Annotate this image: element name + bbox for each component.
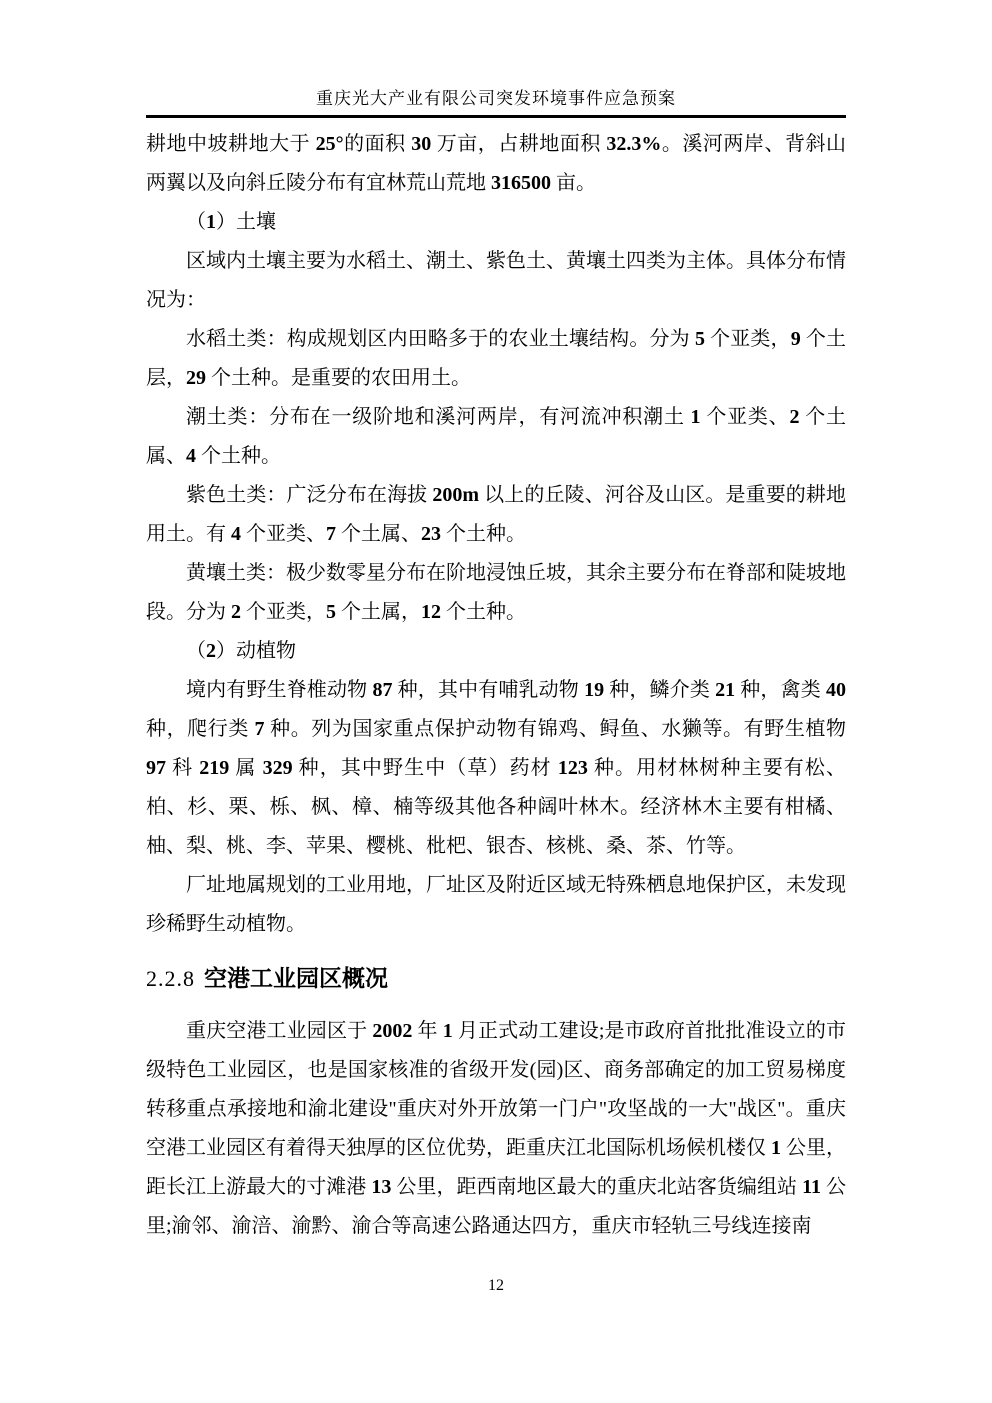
section-heading-title: 空港工业园区概况 (204, 965, 388, 991)
paragraph: 潮土类：分布在一级阶地和溪河两岸，有河流冲积潮土 1 个亚类、2 个土属、4 个… (146, 398, 846, 476)
page-number: 12 (488, 1277, 504, 1294)
header-title: 重庆光大产业有限公司突发环境事件应急预案 (316, 89, 676, 108)
paragraph: 紫色土类：广泛分布在海拔 200m 以上的丘陵、河谷及山区。是重要的耕地用土。有… (146, 476, 846, 554)
paragraph: （1）土壤 (146, 203, 846, 242)
section-heading: 2.2.8空港工业园区概况 (146, 962, 846, 995)
paragraph: 黄壤土类：极少数零星分布在阶地浸蚀丘坡，其余主要分布在脊部和陡坡地段。分为 2 … (146, 554, 846, 632)
document-body: 耕地中坡耕地大于 25°的面积 30 万亩，占耕地面积 32.3%。溪河两岸、背… (146, 125, 846, 1246)
paragraph: 耕地中坡耕地大于 25°的面积 30 万亩，占耕地面积 32.3%。溪河两岸、背… (146, 125, 846, 203)
section-heading-number: 2.2.8 (146, 966, 195, 991)
paragraph: 区域内土壤主要为水稻土、潮土、紫色土、黄壤土四类为主体。具体分布情况为： (146, 242, 846, 320)
page-header: 重庆光大产业有限公司突发环境事件应急预案 (146, 88, 846, 118)
paragraph: 重庆空港工业园区于 2002 年 1 月正式动工建设;是市政府首批批准设立的市级… (146, 1012, 846, 1246)
page-footer: 12 (0, 1276, 992, 1296)
paragraph: 水稻土类：构成规划区内田略多于的农业土壤结构。分为 5 个亚类，9 个土层，29… (146, 320, 846, 398)
paragraph: 境内有野生脊椎动物 87 种，其中有哺乳动物 19 种，鳞介类 21 种，禽类 … (146, 671, 846, 866)
paragraph: 厂址地属规划的工业用地，厂址区及附近区域无特殊栖息地保护区，未发现珍稀野生动植物… (146, 866, 846, 944)
paragraph: （2）动植物 (146, 632, 846, 671)
